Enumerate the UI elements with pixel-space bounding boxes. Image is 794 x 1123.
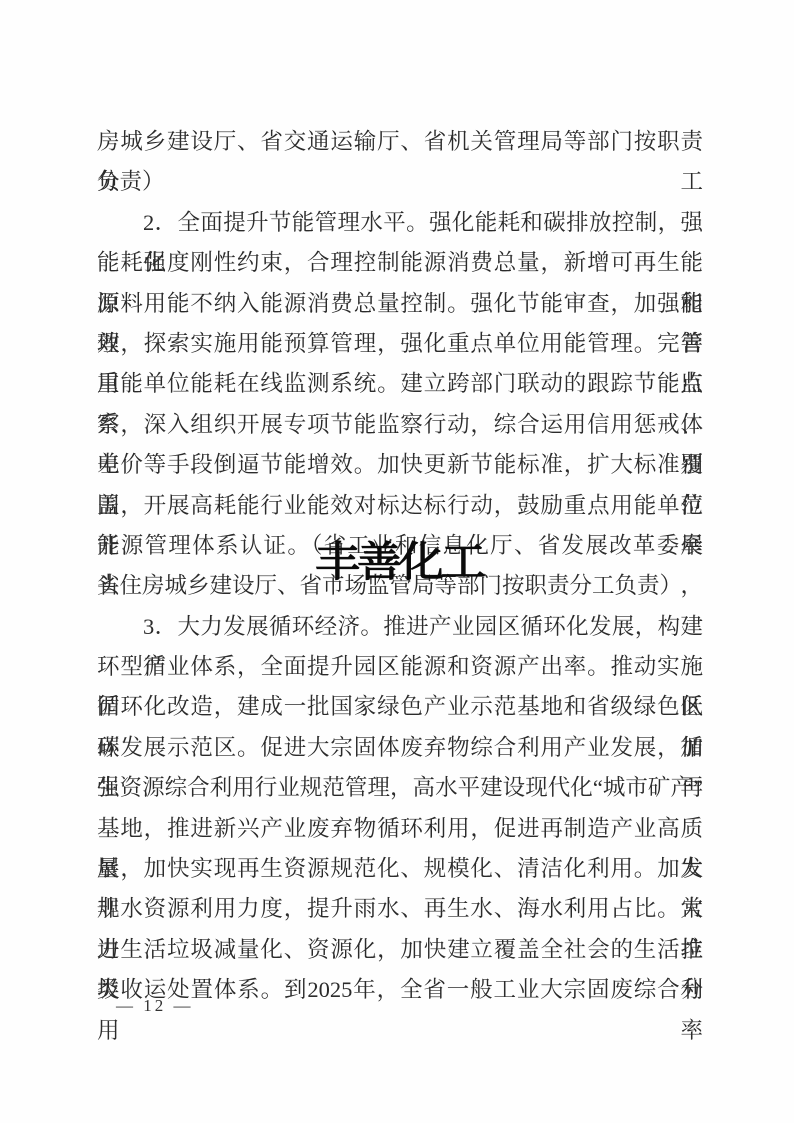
text-column: 房城乡建设厅、省交通运输厅、省机关管理局等部门按职责分工负责）2．全面提升节能管… <box>97 122 703 1011</box>
text-line: 环型产业体系，全面提升园区能源和资源产出率。推动实施园区 <box>97 647 703 687</box>
text-line: 能耗强度刚性约束，合理控制能源消费总量，新增可再生能源和 <box>97 243 703 283</box>
text-line: 原料用能不纳入能源消费总量控制。强化节能审查，加强能效管 <box>97 284 703 324</box>
document-page: 房城乡建设厅、省交通运输厅、省机关管理局等部门按职责分工负责）2．全面提升节能管… <box>0 0 794 1123</box>
text-line: 围，开展高耗能行业能效对标达标行动，鼓励重点用能单位开展 <box>97 486 703 526</box>
text-line: 用能单位能耗在线监测系统。建立跨部门联动的跟踪节能监察体 <box>97 364 703 404</box>
text-line: 理，探索实施用能预算管理，强化重点单位用能管理。完善重点 <box>97 324 703 364</box>
text-line: 生资源综合利用行业规范管理，高水平建设现代化“城市矿产” <box>97 768 703 808</box>
text-line: 省住房城乡建设厅、省市场监管局等部门按职责分工负责） <box>97 566 703 606</box>
text-line: 2．全面提升节能管理水平。强化能耗和碳排放控制，强化 <box>97 203 703 243</box>
text-line: 进生活垃圾减量化、资源化，加快建立覆盖全社会的生活垃圾分 <box>97 930 703 970</box>
text-line: 能源管理体系认证。（省工业和信息化厅、省发展改革委牵头， <box>97 526 703 566</box>
text-line: 系，深入组织开展专项节能监察行动，综合运用信用惩戒、差别 <box>97 405 703 445</box>
text-line: 环发展示范区。促进大宗固体废弃物综合利用产业发展，加强再 <box>97 728 703 768</box>
text-line: 展，加快实现再生资源规范化、规模化、清洁化利用。加大非常 <box>97 849 703 889</box>
text-line: 3．大力发展循环经济。推进产业园区循环化发展，构建循 <box>97 607 703 647</box>
text-line: 房城乡建设厅、省交通运输厅、省机关管理局等部门按职责分工 <box>97 122 703 162</box>
text-line: 电价等手段倒逼节能增效。加快更新节能标准，扩大标准覆盖范 <box>97 445 703 485</box>
text-line: 基地，推进新兴产业废弃物循环利用，促进再制造产业高质量发 <box>97 809 703 849</box>
text-line: 规水资源利用力度，提升雨水、再生水、海水利用占比。大力推 <box>97 889 703 929</box>
text-line: 循环化改造，建成一批国家绿色产业示范基地和省级绿色低碳循 <box>97 687 703 727</box>
page-number: — 12 — <box>116 996 194 1016</box>
